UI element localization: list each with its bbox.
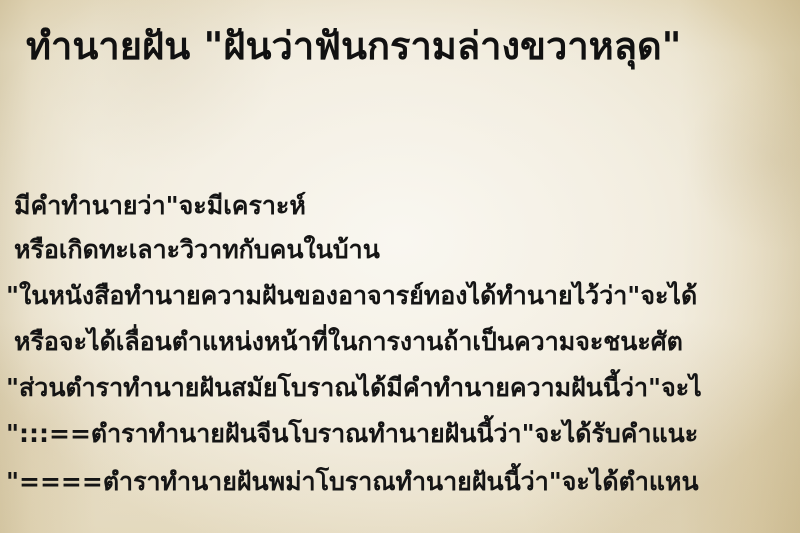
- interpretation-line: มีคำทำนายว่า"จะมีเคราะห์: [14, 184, 306, 228]
- interpretation-line: "ส่วนตำราทำนายฝันสมัยโบราณได้มีคำทำนายคว…: [6, 366, 702, 410]
- interpretation-line: "====ตำราทำนายฝันพม่าโบราณทำนายฝันนี้ว่า…: [6, 460, 699, 504]
- interpretation-line: หรือเกิดทะเลาะวิวาทกับคนในบ้าน: [14, 228, 380, 272]
- page-title: ทำนายฝัน "ฝันว่าฟันกรามล่างขวาหลุด": [26, 14, 681, 78]
- interpretation-line: หรือจะได้เลื่อนตำแหน่งหน้าที่ในการงานถ้า…: [14, 320, 683, 364]
- interpretation-line: ":::==ตำราทำนายฝันจีนโบราณทำนายฝันนี้ว่า…: [6, 412, 698, 456]
- interpretation-line: "ในหนังสือทำนายความฝันของอาจารย์ทองได้ทำ…: [6, 274, 697, 318]
